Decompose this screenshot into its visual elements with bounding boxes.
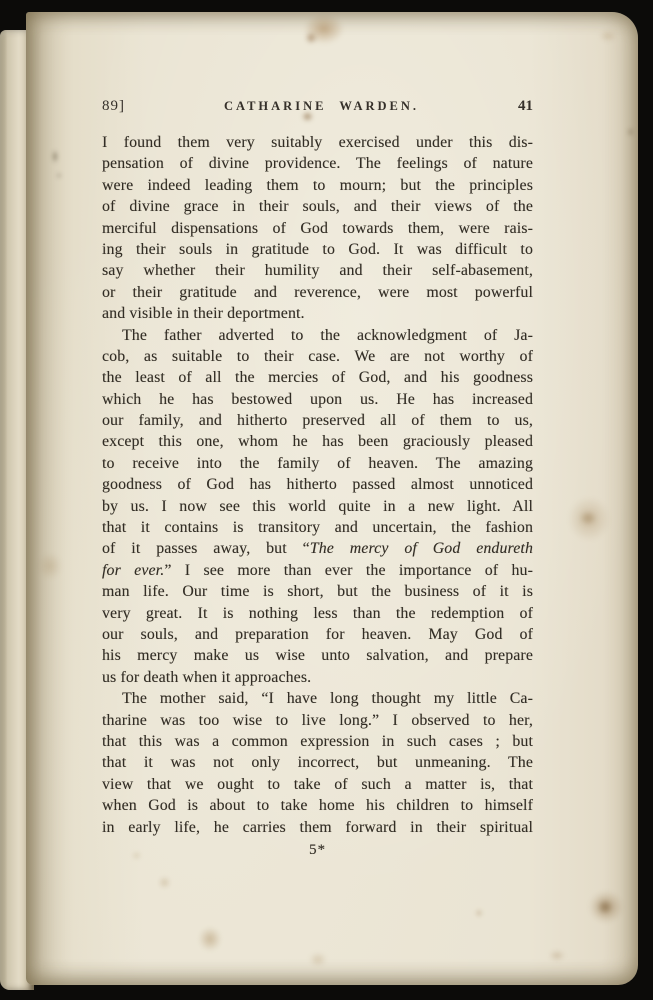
text-segment: our souls, and preparation for heaven. M… — [102, 626, 533, 643]
text-line: tharine was too wise to live long.” I ob… — [102, 710, 533, 731]
text-line: or their gratitude and reverence, were m… — [102, 282, 533, 303]
text-line: for ever.” I see more than ever the impo… — [102, 560, 533, 581]
text-line: ing their souls in gratitude to God. It … — [102, 239, 533, 260]
text-segment: goodness of God has hitherto passed almo… — [102, 476, 533, 493]
text-line: The father adverted to the acknowledgmen… — [102, 325, 533, 346]
text-line: which he has bestowed upon us. He has in… — [102, 389, 533, 410]
text-line: the least of all the mercies of God, and… — [102, 367, 533, 388]
text-segment: by us. I now see this world quite in a n… — [102, 498, 533, 515]
text-segment: when God is about to take home his child… — [102, 797, 533, 814]
signature-mark: 5* — [102, 840, 533, 861]
text-line: of divine grace in their souls, and thei… — [102, 196, 533, 217]
text-segment: merciful dispensations of God towards th… — [102, 220, 533, 237]
text-segment: say whether their humility and their sel… — [102, 262, 533, 279]
text-line: by us. I now see this world quite in a n… — [102, 496, 533, 517]
text-line: that this was a common expression in suc… — [102, 731, 533, 752]
text-line: were indeed leading them to mourn; but t… — [102, 175, 533, 196]
text-segment: in early life, he carries them forward i… — [102, 819, 533, 836]
text-segment: that this was a common expression in suc… — [102, 733, 533, 750]
text-line: I found them very suitably exercised und… — [102, 132, 533, 153]
text-segment: except this one, whom he has been gracio… — [102, 433, 533, 450]
paragraph: I found them very suitably exercised und… — [102, 132, 533, 325]
text-segment: or their gratitude and reverence, were m… — [102, 284, 533, 301]
text-segment: the least of all the mercies of God, and… — [102, 369, 533, 386]
header-running-title: CATHARINE WARDEN. — [224, 99, 419, 114]
text-segment: I found them very suitably exercised und… — [102, 134, 533, 151]
text-segment: that it contains is transitory and uncer… — [102, 519, 533, 536]
text-segment: man life. Our time is short, but the bus… — [102, 583, 533, 600]
text-line: when God is about to take home his child… — [102, 795, 533, 816]
text-line: his mercy make us wise unto salvation, a… — [102, 645, 533, 666]
paragraph: The mother said, “I have long thought my… — [102, 688, 533, 838]
text-segment: view that we ought to take of such a mat… — [102, 776, 533, 793]
book-scan: 89] CATHARINE WARDEN. 41 I found them ve… — [0, 0, 653, 1000]
text-segment: ing their souls in gratitude to God. It … — [102, 241, 533, 258]
text-segment: cob, as suitable to their case. We are n… — [102, 348, 533, 365]
text-line: in early life, he carries them forward i… — [102, 817, 533, 838]
text-line: except this one, whom he has been gracio… — [102, 431, 533, 452]
text-segment: tharine was too wise to live long.” I ob… — [102, 712, 533, 729]
paragraph: The father adverted to the acknowledgmen… — [102, 325, 533, 689]
page-header: 89] CATHARINE WARDEN. 41 — [102, 98, 533, 115]
text-line: and visible in their deportment. — [102, 303, 533, 324]
text-line: our family, and hitherto preserved all o… — [102, 410, 533, 431]
text-line: merciful dispensations of God towards th… — [102, 218, 533, 239]
text-line: us for death when it approaches. — [102, 667, 533, 688]
text-line: say whether their humility and their sel… — [102, 260, 533, 281]
text-line: that it was not only incorrect, but unme… — [102, 752, 533, 773]
text-segment: very great. It is nothing less than the … — [102, 605, 533, 622]
text-line: man life. Our time is short, but the bus… — [102, 581, 533, 602]
text-line: view that we ought to take of such a mat… — [102, 774, 533, 795]
text-segment: our family, and hitherto preserved all o… — [102, 412, 533, 429]
text-segment: of divine grace in their souls, and thei… — [102, 198, 533, 215]
text-segment: that it was not only incorrect, but unme… — [102, 754, 533, 771]
text-line: to receive into the family of heaven. Th… — [102, 453, 533, 474]
text-segment: The father adverted to the acknowledgmen… — [122, 327, 533, 344]
text-line: pensation of divine providence. The feel… — [102, 153, 533, 174]
text-segment: us for death when it approaches. — [102, 669, 311, 686]
text-segment: which he has bestowed upon us. He has in… — [102, 391, 533, 408]
italic-text: for ever. — [102, 562, 164, 579]
text-segment: were indeed leading them to mourn; but t… — [102, 177, 533, 194]
text-segment: of it passes away, but “ — [102, 540, 310, 557]
page-body: I found them very suitably exercised und… — [102, 132, 533, 861]
text-line: that it contains is transitory and uncer… — [102, 517, 533, 538]
text-segment: The mother said, “I have long thought my… — [122, 690, 533, 707]
text-segment: and visible in their deportment. — [102, 305, 305, 322]
text-line: The mother said, “I have long thought my… — [102, 688, 533, 709]
text-segment: to receive into the family of heaven. Th… — [102, 455, 533, 472]
text-line: our souls, and preparation for heaven. M… — [102, 624, 533, 645]
header-signature-number: 89] — [102, 98, 125, 115]
text-line: of it passes away, but “The mercy of God… — [102, 538, 533, 559]
italic-text: The mercy of God endureth — [310, 540, 533, 557]
text-segment: ” I see more than ever the importance of… — [164, 562, 533, 579]
text-line: very great. It is nothing less than the … — [102, 603, 533, 624]
text-segment: pensation of divine providence. The feel… — [102, 155, 533, 172]
text-line: cob, as suitable to their case. We are n… — [102, 346, 533, 367]
text-segment: his mercy make us wise unto salvation, a… — [102, 647, 533, 664]
header-page-number: 41 — [518, 98, 533, 115]
text-line: goodness of God has hitherto passed almo… — [102, 474, 533, 495]
book-page: 89] CATHARINE WARDEN. 41 I found them ve… — [26, 12, 638, 985]
